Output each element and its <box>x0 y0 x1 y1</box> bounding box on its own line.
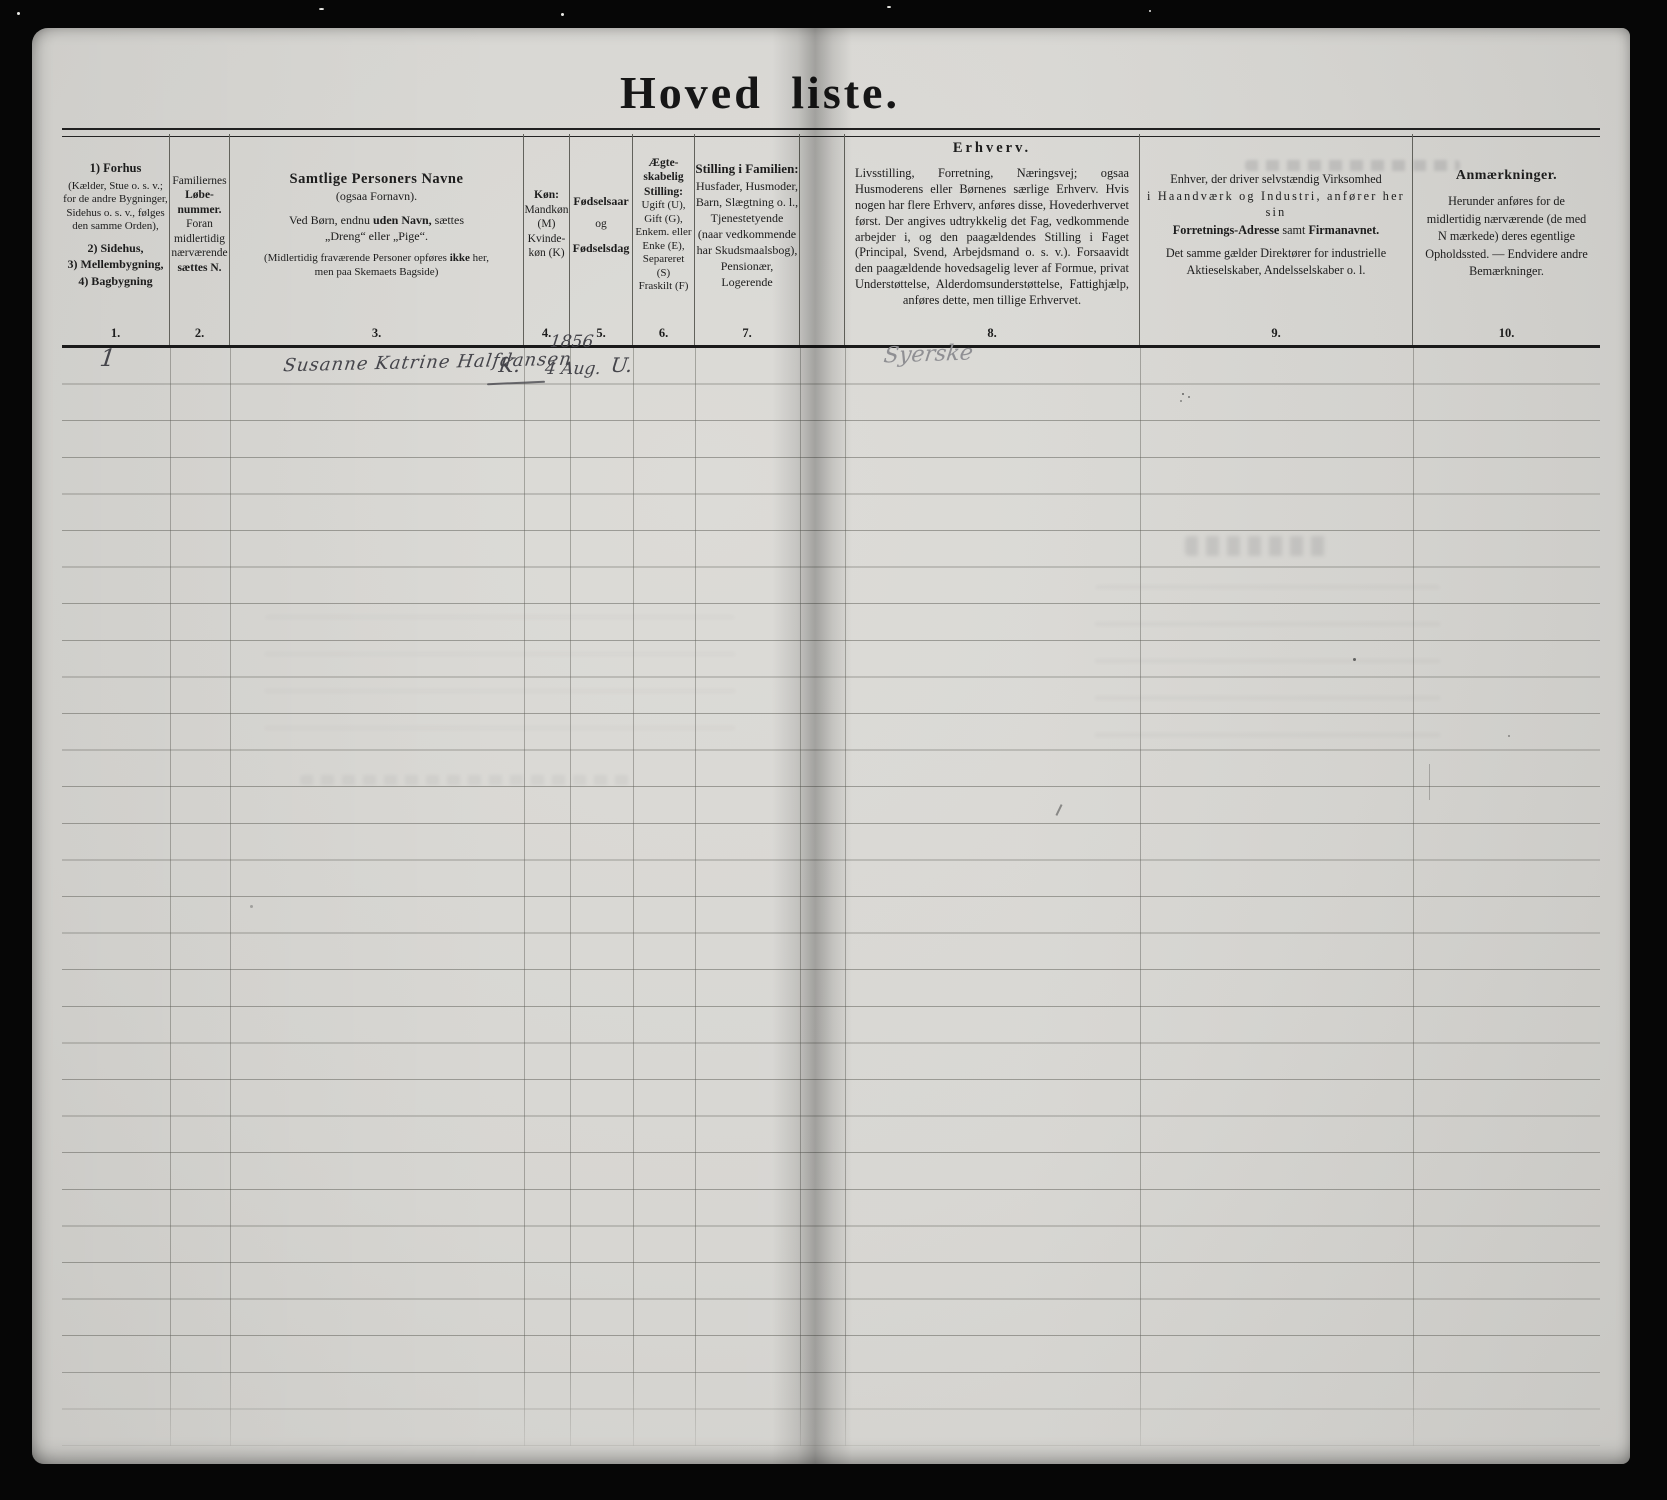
header-col-remarks: Anmærkninger. Herunder anføres for de mi… <box>1413 134 1600 315</box>
column-number-9: 9. <box>1140 315 1413 345</box>
header-line: Bemærkninger. <box>1469 263 1544 281</box>
header-line: nummer. <box>178 203 222 218</box>
scan-speck <box>17 12 20 15</box>
header-line: Løbe- <box>185 188 214 203</box>
scanned-census-page: Hoved liste. 1) Forhus (Kælder, Stue o. … <box>0 0 1667 1500</box>
header-line: (ogsaa Fornavn). <box>336 188 417 204</box>
scan-speck <box>1149 10 1151 12</box>
scan-speck <box>887 6 891 8</box>
column-number-7: 7. <box>695 315 800 345</box>
stray-mark <box>250 905 253 908</box>
column-number-row: 1. 2. 3. 4. 5. 6. 7. 8. 9. 10. <box>62 315 1600 348</box>
header-line: Stilling: <box>644 185 683 200</box>
header-line: Familiernes <box>172 174 226 189</box>
header-line: Enke (E), <box>642 240 684 254</box>
header-line: køn (K) <box>528 246 564 261</box>
column-number-3: 3. <box>230 315 524 345</box>
header-title: Anmærkninger. <box>1456 168 1557 184</box>
header-line: og <box>595 217 607 232</box>
scan-speck <box>561 13 564 16</box>
header-col-marital-status: Ægte- skabelig Stilling: Ugift (U), Gift… <box>633 134 695 315</box>
column-divider <box>170 348 171 1446</box>
header-line: midlertidig <box>174 232 225 247</box>
header-line: 2) Sidehus, <box>87 240 143 257</box>
header-line: Mandkøn <box>524 203 568 218</box>
header-line: i Haandværk og Industri, anfører her sin <box>1140 188 1412 221</box>
header-line: men paa Skemaets Bagside) <box>315 266 439 280</box>
entry-sex: K. <box>498 353 522 377</box>
header-line: for de andre Bygninger, <box>63 193 168 207</box>
column-number-1: 1. <box>62 315 170 345</box>
column-divider <box>695 348 696 1446</box>
column-number-6: 6. <box>633 315 695 345</box>
header-line: N mærkede) deres egentlige <box>1438 228 1575 246</box>
header-line: 3) Mellembygning, <box>68 256 164 273</box>
header-line: 1) Forhus <box>90 160 142 176</box>
column-divider <box>845 348 846 1446</box>
header-col-business-address: Enhver, der driver selvstændig Virksomhe… <box>1140 134 1413 315</box>
header-line: midlertidig nærværende (de med <box>1427 211 1586 229</box>
header-col-family-number: Familiernes Løbe- nummer. Foran midlerti… <box>170 134 230 315</box>
header-col-family-position: Stilling i Familien: Husfader, Husmoder,… <box>695 134 800 315</box>
header-title: Erhverv. <box>953 140 1031 157</box>
header-line: Pensionær, Logerende <box>695 258 799 290</box>
table-header: 1) Forhus (Kælder, Stue o. s. v.; for de… <box>62 134 1600 315</box>
column-divider <box>633 348 634 1446</box>
column-divider <box>524 348 525 1446</box>
header-line: Ved Børn, endnu uden Navn, sættes <box>289 212 464 228</box>
header-paragraph: Livsstilling, Forretning, Næringsvej; og… <box>845 166 1139 309</box>
header-line: sættes N. <box>177 261 221 276</box>
header-line: skabelig <box>643 170 683 185</box>
stray-mark <box>1353 658 1356 661</box>
header-line: (Midlertidig fraværende Personer opføres… <box>264 252 489 266</box>
header-line: Forretnings-Adresse samt Firmanavnet. <box>1173 222 1379 239</box>
header-line: Sidehus o. s. v., følges <box>66 207 164 221</box>
header-line: Enhver, der driver selvstændig Virksomhe… <box>1170 171 1381 188</box>
table-body-grid <box>62 348 1600 1446</box>
entry-marital-status: U. <box>610 353 634 377</box>
column-divider <box>800 348 801 1446</box>
column-divider <box>230 348 231 1446</box>
header-line: (S) <box>657 267 670 281</box>
column-number-10: 10. <box>1413 315 1600 345</box>
header-line: Ægte- <box>648 156 678 171</box>
header-line: Det samme gælder Direktører for industri… <box>1166 245 1386 262</box>
header-line: (naar vedkommende <box>698 226 796 242</box>
header-line: Fraskilt (F) <box>639 280 689 294</box>
column-divider <box>1413 348 1414 1446</box>
header-line: nærværende <box>171 246 227 261</box>
header-line: Barn, Slægtning o. l., <box>696 194 798 210</box>
page-title: Hoved liste. <box>510 66 1010 119</box>
header-line: Tjenestetyende <box>711 210 784 226</box>
header-col-birth: Fødselsaar og Fødselsdag <box>570 134 633 315</box>
header-col-occupation: Erhverv. Livsstilling, Forretning, Nærin… <box>845 134 1140 315</box>
header-line: Samtlige Personers Navne <box>290 170 464 188</box>
stray-mark <box>1429 764 1430 800</box>
header-line: har Skudsmaalsbog), <box>697 242 798 258</box>
header-line: Herunder anføres for de <box>1448 193 1565 211</box>
entry-birth-date: 4 Aug. <box>544 359 602 379</box>
header-col-building: 1) Forhus (Kælder, Stue o. s. v.; for de… <box>62 134 170 315</box>
page-fold-gap <box>800 315 845 345</box>
header-line: Gift (G), <box>644 213 683 227</box>
page-fold-gap <box>800 134 845 315</box>
header-line: (M) <box>538 217 556 232</box>
column-divider <box>570 348 571 1446</box>
header-line: Køn: <box>534 188 559 203</box>
header-line: 4) Bagbygning <box>78 273 152 290</box>
header-line: Kvinde- <box>528 232 566 247</box>
header-line: Ugift (U), <box>642 199 686 213</box>
column-divider <box>1140 348 1141 1446</box>
header-col-sex: Køn: Mandkøn (M) Kvinde- køn (K) <box>524 134 570 315</box>
header-line: Fødselsaar <box>573 193 628 210</box>
header-line: (Kælder, Stue o. s. v.; <box>68 180 163 194</box>
header-col-names: Samtlige Personers Navne (ogsaa Fornavn)… <box>230 134 524 315</box>
scan-speck <box>319 8 324 10</box>
header-line: „Dreng“ eller „Pige“. <box>325 228 428 244</box>
column-number-8: 8. <box>845 315 1140 345</box>
header-line: Husfader, Husmoder, <box>696 178 798 194</box>
column-number-2: 2. <box>170 315 230 345</box>
header-line: Stilling i Familien: <box>695 160 798 178</box>
header-line: Separeret <box>643 253 685 267</box>
header-line: Opholdssted. — Endvidere andre <box>1425 246 1587 264</box>
header-line: Aktieselskaber, Andelsselskaber o. l. <box>1187 262 1366 279</box>
stray-mark <box>1182 393 1184 395</box>
stray-mark <box>1508 735 1510 737</box>
header-line: Enkem. eller <box>635 226 691 240</box>
header-line: Foran <box>186 217 213 232</box>
header-line: Fødselsdag <box>573 240 630 257</box>
header-line: den samme Orden), <box>72 220 158 234</box>
entry-birth-year: 1856 <box>549 332 595 352</box>
entry-occupation: Syerske <box>882 340 974 368</box>
